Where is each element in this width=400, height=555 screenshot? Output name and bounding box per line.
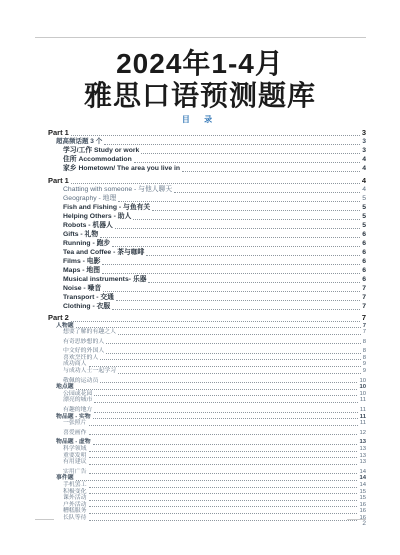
table-of-contents: Part 13超高频话题 3 个3学习/工作 Study or work3住所 … — [48, 128, 366, 522]
toc-dotted-leader — [148, 282, 360, 283]
document-title: 2024年1-4月 雅思口语预测题库 — [0, 48, 400, 112]
toc-entry-page-number: 3 — [362, 146, 366, 155]
toc-entry-label: 物品题 - 虚物 — [56, 439, 91, 446]
toc-entry-label: 漂亮的城市 — [63, 397, 92, 404]
toc-dotted-leader — [102, 264, 360, 265]
toc-dotted-leader — [93, 444, 358, 445]
toc-entry-label: Clothing - 衣服 — [63, 302, 110, 311]
toc-dotted-leader — [94, 402, 357, 403]
toc-entry[interactable]: 科学领域13 — [48, 446, 366, 453]
page-number: 2 — [48, 520, 366, 527]
toc-dotted-leader — [141, 153, 360, 154]
toc-entry-page-number: 8 — [363, 339, 366, 346]
toc-entry-label: 有趣的地方 — [63, 407, 92, 414]
toc-entry[interactable]: Musical instruments- 乐器6 — [48, 275, 366, 284]
toc-dotted-leader — [76, 327, 361, 328]
toc-entry-page-number: 7 — [362, 314, 366, 323]
toc-entry[interactable]: 家乡 Hometown/ The area you live in4 — [48, 164, 366, 173]
toc-entry-label: 有用建议 — [63, 459, 87, 466]
toc-dotted-leader — [174, 192, 360, 193]
toc-entry-label: Part 1 — [48, 176, 69, 185]
toc-entry[interactable]: Tea and Coffee - 茶与咖啡6 — [48, 248, 366, 257]
toc-entry-label: 事件题 — [56, 475, 74, 482]
toc-entry-page-number: 11 — [360, 397, 366, 404]
toc-dotted-leader — [134, 162, 360, 163]
toc-dotted-leader — [152, 210, 360, 211]
toc-entry-page-number: 13 — [359, 459, 366, 466]
toc-entry-label: Part 1 — [48, 128, 69, 137]
toc-entry-page-number: 5 — [362, 212, 366, 221]
toc-entry-page-number: 10 — [359, 391, 366, 398]
toc-entry[interactable]: 学习/工作 Study or work3 — [48, 146, 366, 155]
toc-dotted-leader — [89, 451, 358, 452]
toc-entry[interactable]: 手机罢工14 — [48, 482, 366, 489]
toc-dotted-leader — [93, 418, 358, 419]
toc-entry-label: 糟糕服务 — [63, 508, 87, 515]
toc-dotted-leader — [104, 144, 360, 145]
toc-entry[interactable]: Running - 跑步6 — [48, 239, 366, 248]
toc-entry-page-number: 13 — [359, 439, 366, 446]
toc-dotted-leader — [89, 366, 361, 367]
toc-entry-label: Musical instruments- 乐器 — [63, 275, 146, 284]
toc-dotted-leader — [71, 183, 360, 184]
toc-entry-label: 科学领域 — [63, 446, 87, 453]
page-top-edge — [35, 37, 366, 38]
toc-entry[interactable]: 物品题 - 实物11 — [48, 414, 366, 421]
toc-entry[interactable]: Fish and Fishing - 与鱼有关5 — [48, 203, 366, 212]
toc-dotted-leader — [100, 382, 357, 383]
toc-entry[interactable]: Films - 电影6 — [48, 257, 366, 266]
toc-entry[interactable]: 住所 Accommodation4 — [48, 155, 366, 164]
toc-dotted-leader — [89, 434, 358, 435]
toc-entry-label: 学习/工作 Study or work — [63, 146, 139, 155]
toc-entry-page-number: 9 — [363, 368, 366, 375]
toc-dotted-leader — [89, 464, 358, 465]
toc-dotted-leader — [100, 237, 360, 238]
toc-entry-label: Part 2 — [48, 314, 69, 323]
toc-entry[interactable]: 喜爱画作12 — [48, 430, 366, 437]
toc-dotted-leader — [116, 300, 360, 301]
toc-entry-label: Maps - 地图 — [63, 266, 100, 275]
toc-entry-label: 有奇思妙想的人 — [63, 339, 104, 346]
toc-entry[interactable]: 积极变化15 — [48, 489, 366, 496]
toc-entry[interactable]: Geography - 地理5 — [48, 194, 366, 203]
toc-dotted-leader — [103, 291, 360, 292]
toc-entry-page-number: 7 — [362, 284, 366, 293]
toc-entry[interactable]: 户外活动16 — [48, 502, 366, 509]
toc-dotted-leader — [146, 255, 360, 256]
toc-entry-page-number: 6 — [362, 257, 366, 266]
toc-entry-page-number: 15 — [359, 495, 366, 502]
toc-dotted-leader — [118, 373, 361, 374]
toc-dotted-leader — [112, 309, 360, 310]
toc-dotted-leader — [133, 219, 360, 220]
toc-entry[interactable]: 有趣的地方11 — [48, 407, 366, 414]
toc-entry[interactable]: 敬佩的运动员10 — [48, 378, 366, 385]
toc-dotted-leader — [89, 457, 358, 458]
toc-entry-label: 手机罢工 — [63, 482, 87, 489]
toc-entry[interactable]: Clothing - 衣服7 — [48, 302, 366, 311]
toc-entry-page-number: 4 — [362, 164, 366, 173]
toc-entry-page-number: 6 — [362, 239, 366, 248]
toc-entry-label: 住所 Accommodation — [63, 155, 132, 164]
toc-entry[interactable]: Helping Others - 助人5 — [48, 212, 366, 221]
toc-dotted-leader — [106, 353, 360, 354]
toc-entry-page-number: 12 — [359, 430, 366, 437]
toc-entry-label: 超高频话题 3 个 — [56, 137, 102, 146]
toc-entry[interactable]: 一张照片11 — [48, 420, 366, 427]
toc-entry[interactable]: 课外活动15 — [48, 495, 366, 502]
toc-entry-page-number: 13 — [359, 446, 366, 453]
toc-entry[interactable]: Maps - 地图6 — [48, 266, 366, 275]
toc-entry-page-number: 13 — [359, 453, 366, 460]
toc-dotted-leader — [71, 135, 360, 136]
toc-entry-page-number: 7 — [362, 293, 366, 302]
toc-entry[interactable]: 中文好的外国人8 — [48, 348, 366, 355]
toc-entry-page-number: 15 — [359, 489, 366, 496]
toc-entry-page-number: 14 — [359, 475, 366, 482]
toc-entry-label: 课外活动 — [63, 495, 87, 502]
toc-entry-label: Transport - 交通 — [63, 293, 114, 302]
toc-entry[interactable]: 有奇思妙想的人8 — [48, 339, 366, 346]
toc-dotted-leader — [182, 171, 360, 172]
toc-entry-page-number: 3 — [362, 137, 366, 146]
toc-dotted-leader — [89, 487, 358, 488]
toc-entry-page-number: 4 — [362, 185, 366, 194]
toc-entry-page-number: 6 — [362, 275, 366, 284]
toc-entry[interactable]: 实用广告14 — [48, 469, 366, 476]
toc-entry[interactable]: 事件题14 — [48, 475, 366, 482]
toc-dotted-leader — [89, 473, 358, 474]
toc-dotted-leader — [118, 334, 361, 335]
toc-entry[interactable]: 想要了解的有趣之人7 — [48, 329, 366, 336]
toc-entry-page-number: 5 — [362, 221, 366, 230]
toc-entry[interactable]: 与成功人士一起学习9 — [48, 368, 366, 375]
toc-dotted-leader — [89, 506, 358, 507]
toc-entry-label: Tea and Coffee - 茶与咖啡 — [63, 248, 144, 257]
toc-entry-label: Chatting with someone - 与他人聊天 — [63, 185, 172, 194]
toc-entry-label: Helping Others - 助人 — [63, 212, 131, 221]
toc-entry-label: Gifts - 礼物 — [63, 230, 98, 239]
toc-entry-label: Running - 跑步 — [63, 239, 110, 248]
toc-dotted-leader — [76, 389, 358, 390]
toc-entry[interactable]: Part 13 — [48, 128, 366, 137]
toc-dotted-leader — [89, 513, 358, 514]
page-bottom-edge-right — [347, 519, 366, 520]
toc-dotted-leader — [100, 359, 360, 360]
toc-entry-page-number: 7 — [363, 329, 366, 336]
toc-dotted-leader — [94, 395, 357, 396]
toc-entry[interactable]: 重要发明13 — [48, 453, 366, 460]
toc-entry-label: Robots - 机器人 — [63, 221, 113, 230]
toc-entry[interactable]: Robots - 机器人5 — [48, 221, 366, 230]
toc-entry-page-number: 6 — [362, 266, 366, 275]
toc-entry[interactable]: Part 14 — [48, 176, 366, 185]
toc-entry-page-number: 16 — [359, 508, 366, 515]
toc-entry[interactable]: 喜欢烹饪的人8 — [48, 355, 366, 362]
toc-entry[interactable]: Gifts - 礼物6 — [48, 230, 366, 239]
toc-entry[interactable]: Transport - 交通7 — [48, 293, 366, 302]
toc-dotted-leader — [118, 201, 360, 202]
toc-entry-page-number: 4 — [362, 176, 366, 185]
toc-dotted-leader — [89, 493, 358, 494]
toc-entry-label: 与成功人士一起学习 — [63, 368, 116, 375]
toc-entry-label: Films - 电影 — [63, 257, 100, 266]
toc-entry-label: 想要了解的有趣之人 — [63, 329, 116, 336]
toc-heading: 目 录 — [0, 114, 400, 125]
toc-entry-page-number: 11 — [360, 420, 366, 427]
toc-entry[interactable]: 超高频话题 3 个3 — [48, 137, 366, 146]
toc-entry-page-number: 10 — [359, 384, 366, 391]
toc-dotted-leader — [112, 246, 360, 247]
toc-entry-label: 一张照片 — [63, 420, 87, 427]
toc-entry-page-number: 7 — [363, 323, 366, 330]
toc-entry[interactable]: 地点题10 — [48, 384, 366, 391]
toc-entry-page-number: 14 — [359, 482, 366, 489]
toc-dotted-leader — [106, 343, 360, 344]
toc-entry[interactable]: 漂亮的城市11 — [48, 397, 366, 404]
toc-entry[interactable]: 公园或花园10 — [48, 391, 366, 398]
title-line-1: 2024年1-4月 — [0, 48, 400, 80]
toc-entry-page-number: 16 — [359, 502, 366, 509]
toc-entry-label: Noise - 噪音 — [63, 284, 101, 293]
toc-entry-page-number: 5 — [362, 203, 366, 212]
document-page: 2024年1-4月 雅思口语预测题库 目 录 Part 13超高频话题 3 个3… — [0, 0, 400, 555]
toc-entry-label: 中文好的外国人 — [63, 348, 104, 355]
toc-dotted-leader — [94, 412, 357, 413]
toc-entry[interactable]: Noise - 噪音7 — [48, 284, 366, 293]
toc-entry-page-number: 3 — [362, 128, 366, 137]
toc-entry-page-number: 7 — [362, 302, 366, 311]
toc-dotted-leader — [115, 228, 360, 229]
toc-entry-page-number: 6 — [362, 248, 366, 257]
toc-entry[interactable]: 糟糕服务16 — [48, 508, 366, 515]
toc-entry-label: Fish and Fishing - 与鱼有关 — [63, 203, 150, 212]
title-line-2: 雅思口语预测题库 — [0, 80, 400, 112]
toc-entry-page-number: 11 — [360, 407, 366, 414]
toc-entry-label: 喜爱画作 — [63, 430, 87, 437]
toc-entry-label: Geography - 地理 — [63, 194, 116, 203]
toc-entry-page-number: 8 — [363, 348, 366, 355]
toc-dotted-leader — [89, 500, 358, 501]
toc-entry[interactable]: Part 27 — [48, 314, 366, 323]
toc-entry[interactable]: Chatting with someone - 与他人聊天4 — [48, 185, 366, 194]
toc-entry-page-number: 4 — [362, 155, 366, 164]
toc-dotted-leader — [76, 480, 358, 481]
toc-dotted-leader — [102, 273, 360, 274]
toc-entry[interactable]: 有用建议13 — [48, 459, 366, 466]
toc-entry-label: 家乡 Hometown/ The area you live in — [63, 164, 180, 173]
toc-entry-page-number: 5 — [362, 194, 366, 203]
toc-entry-page-number: 8 — [363, 355, 366, 362]
toc-entry-page-number: 6 — [362, 230, 366, 239]
toc-dotted-leader — [89, 425, 358, 426]
toc-entry[interactable]: 物品题 - 虚物13 — [48, 439, 366, 446]
toc-entry-label: 地点题 — [56, 384, 74, 391]
toc-entry-page-number: 10 — [359, 378, 366, 385]
toc-entry-page-number: 9 — [363, 361, 366, 368]
toc-dotted-leader — [71, 321, 360, 322]
toc-entry-page-number: 11 — [360, 414, 366, 421]
page-bottom-edge-left — [35, 519, 54, 520]
toc-entry-page-number: 14 — [359, 469, 366, 476]
